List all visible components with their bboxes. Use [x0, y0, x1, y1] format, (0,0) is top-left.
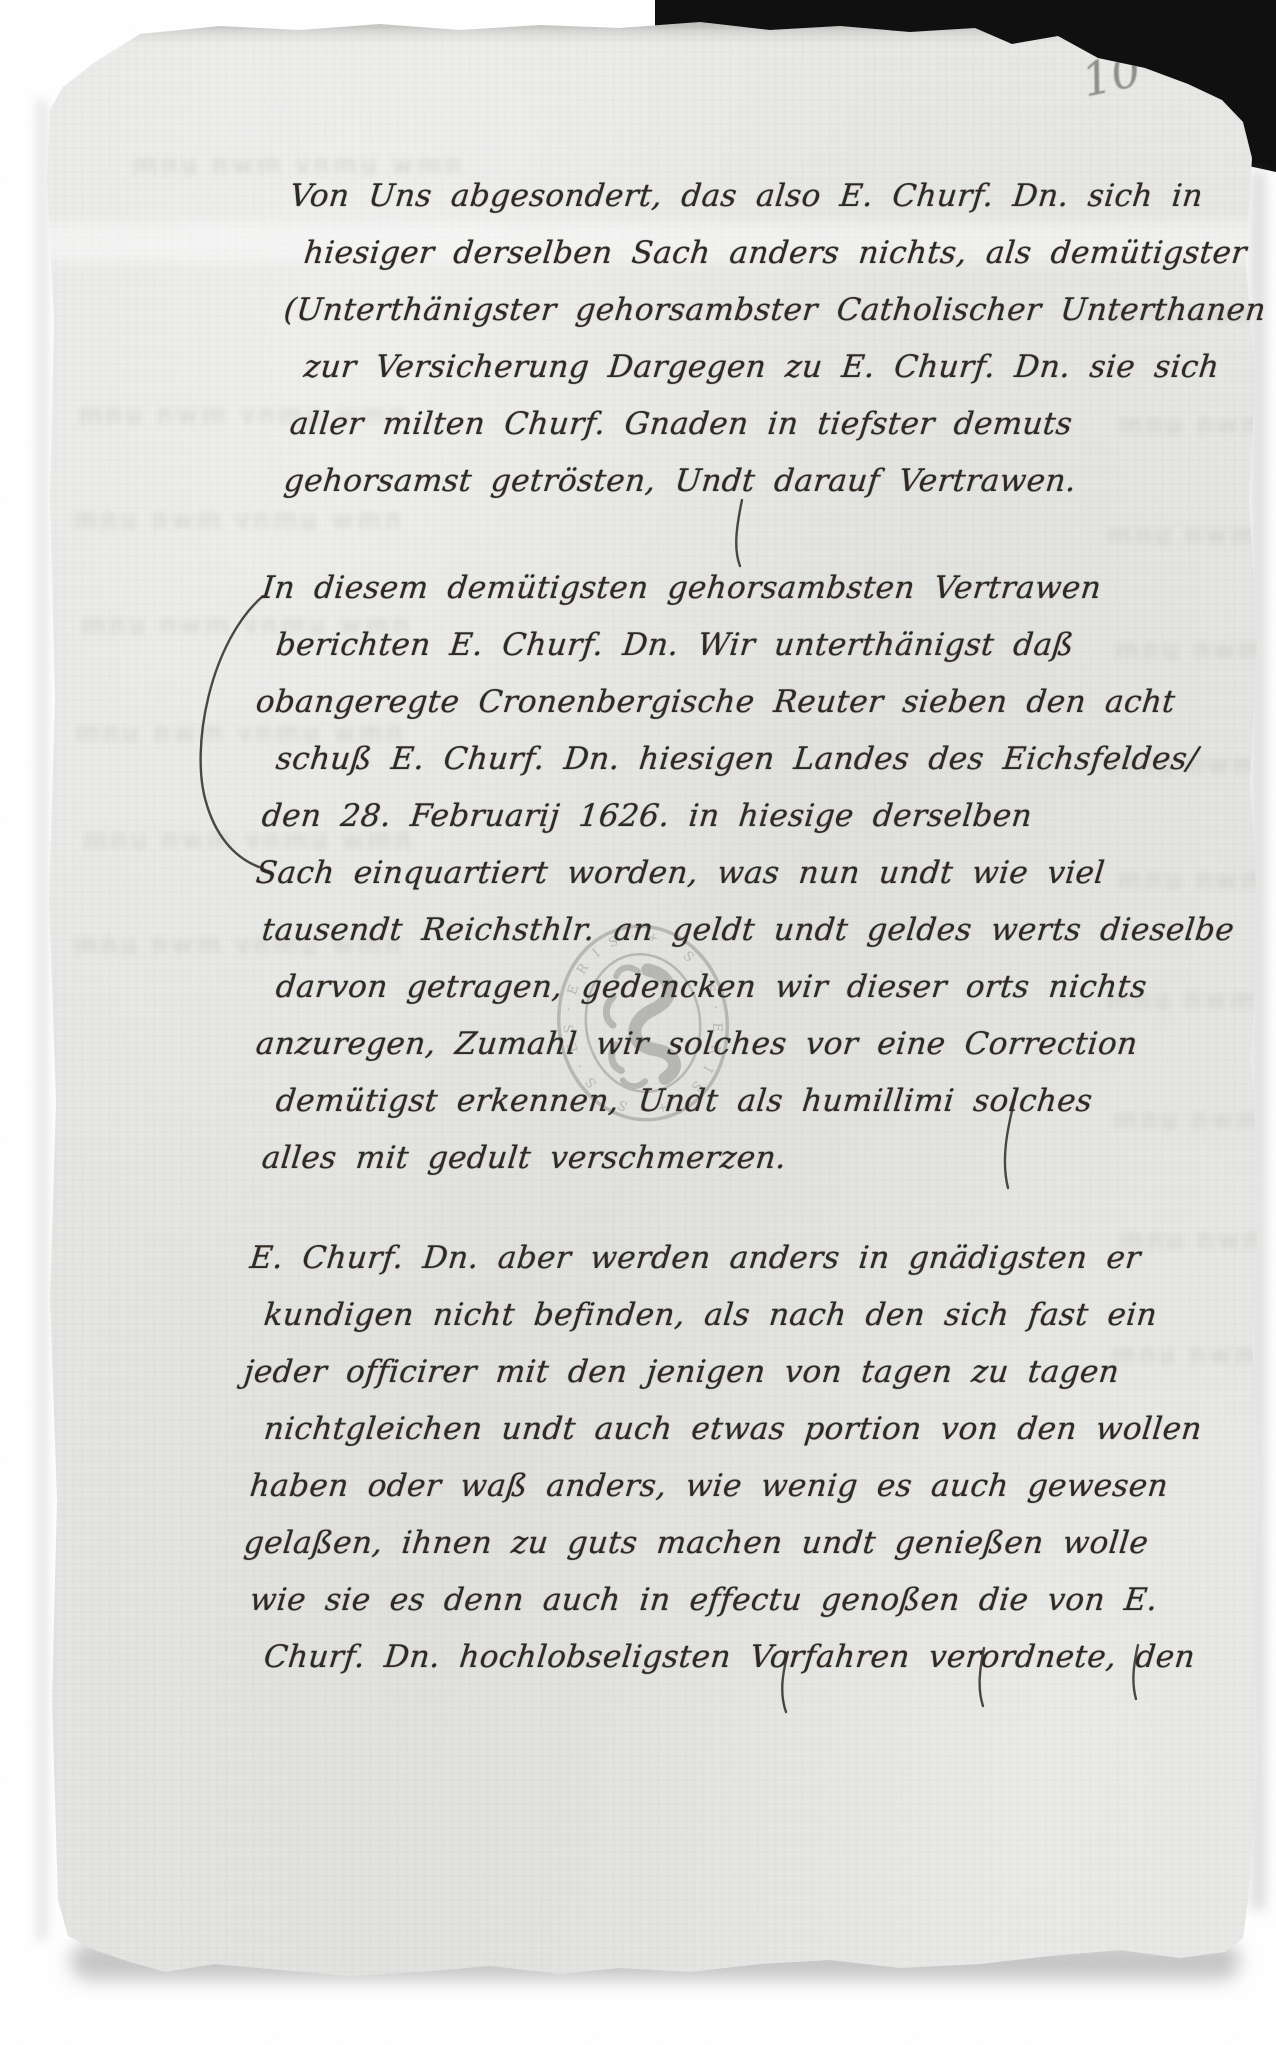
manuscript-scan: nmw umnv mwn unmnmw umnv mwn unmnmw umnv… — [0, 0, 1276, 2045]
paper-grain — [0, 0, 1276, 2045]
